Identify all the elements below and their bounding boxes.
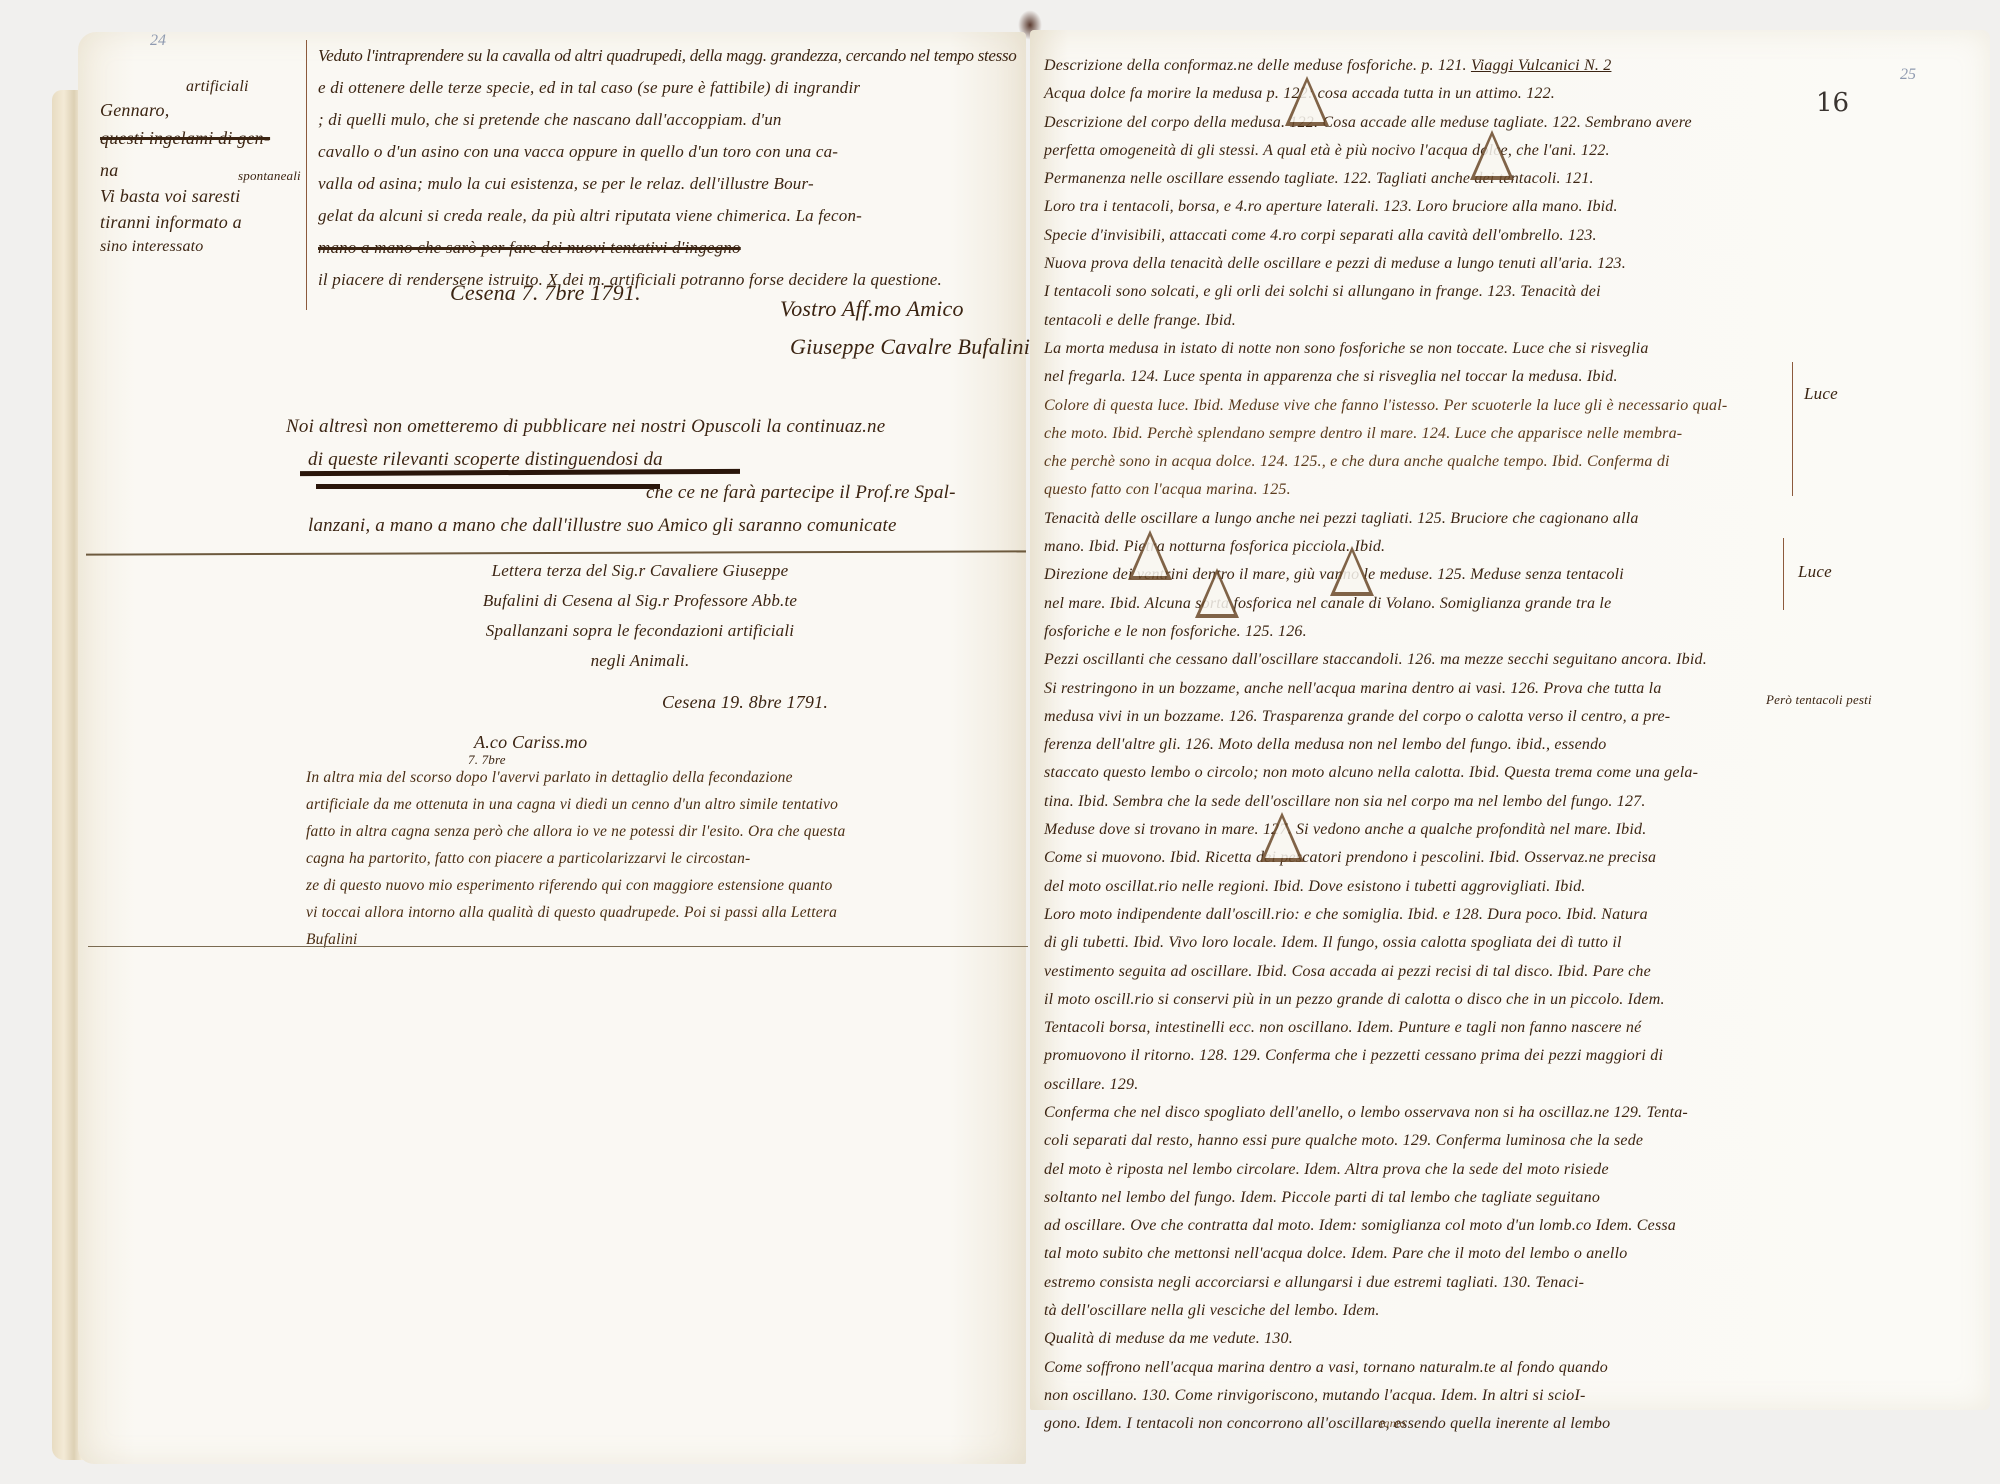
index-line: nel fregarla. 124. Luce spenta in appare… (1044, 363, 1804, 391)
title-line: negli Animali. (430, 646, 850, 676)
index-line: Qualità di meduse da me vedute. 130. (1044, 1325, 1804, 1353)
text-line: e di ottenere delle terze specie, ed in … (318, 72, 1028, 104)
index-line: Specie d'invisibili, attaccati come 4.ro… (1044, 222, 1804, 250)
margin-note: Gennaro, (100, 100, 169, 121)
index-entries: Descrizione della conformaz.ne delle med… (1044, 52, 1804, 1439)
index-line: Acqua dolce fa morire la medusa p. 122: … (1044, 80, 1804, 108)
index-line: Tentacoli borsa, intestinelli ecc. non o… (1044, 1014, 1804, 1042)
page-number: 16 (1816, 88, 1849, 118)
text-line: il piacere di rendersene istruito. X dei… (318, 264, 1018, 296)
index-line: Permanenza nelle oscillare essendo tagli… (1044, 165, 1804, 193)
text-line: Veduto l'intraprendere su la cavalla od … (318, 40, 1028, 72)
margin-rule (306, 40, 307, 310)
index-line: soltanto nel lembo del fungo. Idem. Picc… (1044, 1184, 1804, 1212)
index-line: Loro tra i tentacoli, borsa, e 4.ro aper… (1044, 193, 1804, 221)
index-line: Come soffrono nell'acqua marina dentro a… (1044, 1354, 1804, 1382)
index-line: fosforiche e le non fosforiche. 125. 126… (1044, 618, 1804, 646)
deletion-stroke (316, 484, 660, 489)
index-line: il moto oscill.rio si conservi più in un… (1044, 986, 1804, 1014)
margin-note: artificiali (186, 78, 249, 96)
margin-note-luce: Luce (1804, 384, 1838, 404)
index-line: questo fatto con l'acqua marina. 125. (1044, 476, 1804, 504)
margin-bracket (1783, 538, 1784, 610)
index-line: Meduse dove si trovano in mare. 127. Si … (1044, 816, 1804, 844)
index-line: Come si muovono. Ibid. Ricetta dei pesca… (1044, 844, 1804, 872)
index-line: oscillare. 129. (1044, 1071, 1804, 1099)
margin-note: questi ingelami di gen- (100, 128, 270, 149)
margin-note: Vi basta voi saresti (100, 186, 241, 207)
letter-place-date: Cesena 7. 7bre 1791. (450, 280, 641, 306)
triangle-mark-icon (1330, 546, 1374, 596)
index-line: ferenza dell'altre gli. 126. Moto della … (1044, 731, 1804, 759)
header-reference: Viaggi Vulcanici N. 2 (1471, 57, 1611, 74)
letter-signature: Giuseppe Cavalre Bufalini (790, 334, 1030, 360)
title-line: Lettera terza del Sig.r Cavaliere Giusep… (430, 556, 850, 586)
index-line: del moto è riposta nel lembo circolare. … (1044, 1156, 1804, 1184)
index-line: Descrizione del corpo della medusa. 122.… (1044, 109, 1804, 137)
text-line: che ce ne farà partecipe il Prof.re Spal… (286, 476, 1026, 509)
index-line: La morta medusa in istato di notte non s… (1044, 335, 1804, 363)
second-letter-date: Cesena 19. 8bre 1791. (662, 692, 828, 713)
index-line: medusa vivi in un bozzame. 126. Traspare… (1044, 703, 1804, 731)
editor-note: Noi altresì non ometteremo di pubblicare… (286, 410, 1026, 542)
index-line: Si restringono in un bozzame, anche nell… (1044, 675, 1804, 703)
letter-closing: Vostro Aff.mo Amico (780, 296, 964, 322)
index-line: estremo consista negli accorciarsi e all… (1044, 1269, 1804, 1297)
margin-note-luce: Luce (1798, 562, 1832, 582)
triangle-mark-icon (1285, 76, 1329, 126)
index-line: Loro moto indipendente dall'oscill.rio: … (1044, 901, 1804, 929)
index-line: promuovono il ritorno. 128. 129. Conferm… (1044, 1042, 1804, 1070)
index-line: gono. Idem. I tentacoli non concorrono a… (1044, 1410, 1804, 1438)
text-line: lanzani, a mano a mano che dall'illustre… (286, 509, 1026, 542)
index-line: Tenacità delle oscillare a lungo anche n… (1044, 505, 1804, 533)
text-line: valla od asina; mulo la cui esistenza, s… (318, 168, 1028, 200)
index-line: ad oscillare. Ove che contratta dal moto… (1044, 1212, 1804, 1240)
triangle-mark-icon (1470, 130, 1514, 180)
text-line: cagna ha partorito, fatto con piacere a … (306, 845, 1026, 872)
text-line: cavallo o d'un asino con una vacca oppur… (318, 136, 1028, 168)
index-line: di gli tubetti. Ibid. Vivo loro locale. … (1044, 929, 1804, 957)
index-line: tina. Ibid. Sembra che la sede dell'osci… (1044, 788, 1804, 816)
text-line: ze di questo nuovo mio esperimento rifer… (306, 872, 1026, 899)
text-line: In altra mia del scorso dopo l'avervi pa… (306, 764, 1026, 791)
index-line: del moto oscillat.rio nelle regioni. Ibi… (1044, 873, 1804, 901)
margin-bracket (1792, 362, 1793, 496)
left-corner-number: 24 (150, 32, 166, 50)
index-line: vestimento seguita ad oscillare. Ibid. C… (1044, 958, 1804, 986)
index-line: Conferma che nel disco spogliato dell'an… (1044, 1099, 1804, 1127)
index-line: Pezzi oscillanti che cessano dall'oscill… (1044, 646, 1804, 674)
index-line: Colore di questa luce. Ibid. Meduse vive… (1044, 392, 1804, 420)
index-line: coli separati dal resto, hanno essi pure… (1044, 1127, 1804, 1155)
text-line: Noi altresì non ometteremo di pubblicare… (286, 410, 1026, 443)
text-line: vi toccai allora intorno alla qualità di… (306, 899, 1026, 926)
text-line: gelat da alcuni si creda reale, da più a… (318, 200, 1028, 232)
second-letter-title: Lettera terza del Sig.r Cavaliere Giusep… (430, 556, 850, 676)
index-line: non oscillano. 130. Come rinvigoriscono,… (1044, 1382, 1804, 1410)
text-line: fatto in altra cagna senza però che allo… (306, 818, 1026, 845)
text-line: ; di quelli mulo, che si pretende che na… (318, 104, 1028, 136)
index-line: staccato questo lembo o circolo; non mot… (1044, 759, 1804, 787)
index-line: Nuova prova della tenacità delle oscilla… (1044, 250, 1804, 278)
index-line: nel mare. Ibid. Alcuna sorta fosforica n… (1044, 590, 1804, 618)
catchword: tanto (1380, 1416, 1406, 1431)
index-line: I tentacoli sono solcati, e gli orli dei… (1044, 278, 1804, 306)
index-line: che perchè sono in acqua dolce. 124. 125… (1044, 448, 1804, 476)
index-line: perfetta omogeneità di gli stessi. A qua… (1044, 137, 1804, 165)
text-line: Bufalini (306, 926, 1026, 953)
section-divider (88, 946, 1028, 947)
index-line: Descrizione della conformaz.ne delle med… (1044, 52, 1804, 80)
index-line: tentacoli e delle frange. Ibid. (1044, 307, 1804, 335)
salutation: A.co Cariss.mo (474, 732, 587, 753)
triangle-mark-icon (1128, 530, 1172, 580)
title-line: Spallanzani sopra le fecondazioni artifi… (430, 616, 850, 646)
second-letter-body: In altra mia del scorso dopo l'avervi pa… (306, 764, 1026, 953)
title-line: Bufalini di Cesena al Sig.r Professore A… (430, 586, 850, 616)
right-corner-number: 25 (1900, 66, 1916, 84)
text-line: artificiale da me ottenuta in una cagna … (306, 791, 1026, 818)
struck-text-line: mano a mano che sarò per fare dei nuovi … (318, 232, 1028, 264)
triangle-mark-icon (1195, 568, 1239, 618)
index-line: che moto. Ibid. Perchè splendano sempre … (1044, 420, 1804, 448)
margin-note: na (100, 160, 118, 181)
margin-note-tentacoli: Però tentacoli pesti (1766, 692, 1872, 708)
margin-note: sino interessato (100, 238, 204, 256)
index-line: tal moto subito che mettonsi nell'acqua … (1044, 1240, 1804, 1268)
index-line: tà dell'oscillare nella gli vesciche del… (1044, 1297, 1804, 1325)
letter-continuation: Veduto l'intraprendere su la cavalla od … (318, 40, 1028, 296)
triangle-mark-icon (1260, 812, 1304, 862)
manuscript-spread: 24 artificiali Gennaro, questi ingelami … (0, 0, 2000, 1484)
margin-note: tiranni informato a (100, 212, 242, 233)
margin-note: spontaneali (238, 168, 301, 184)
